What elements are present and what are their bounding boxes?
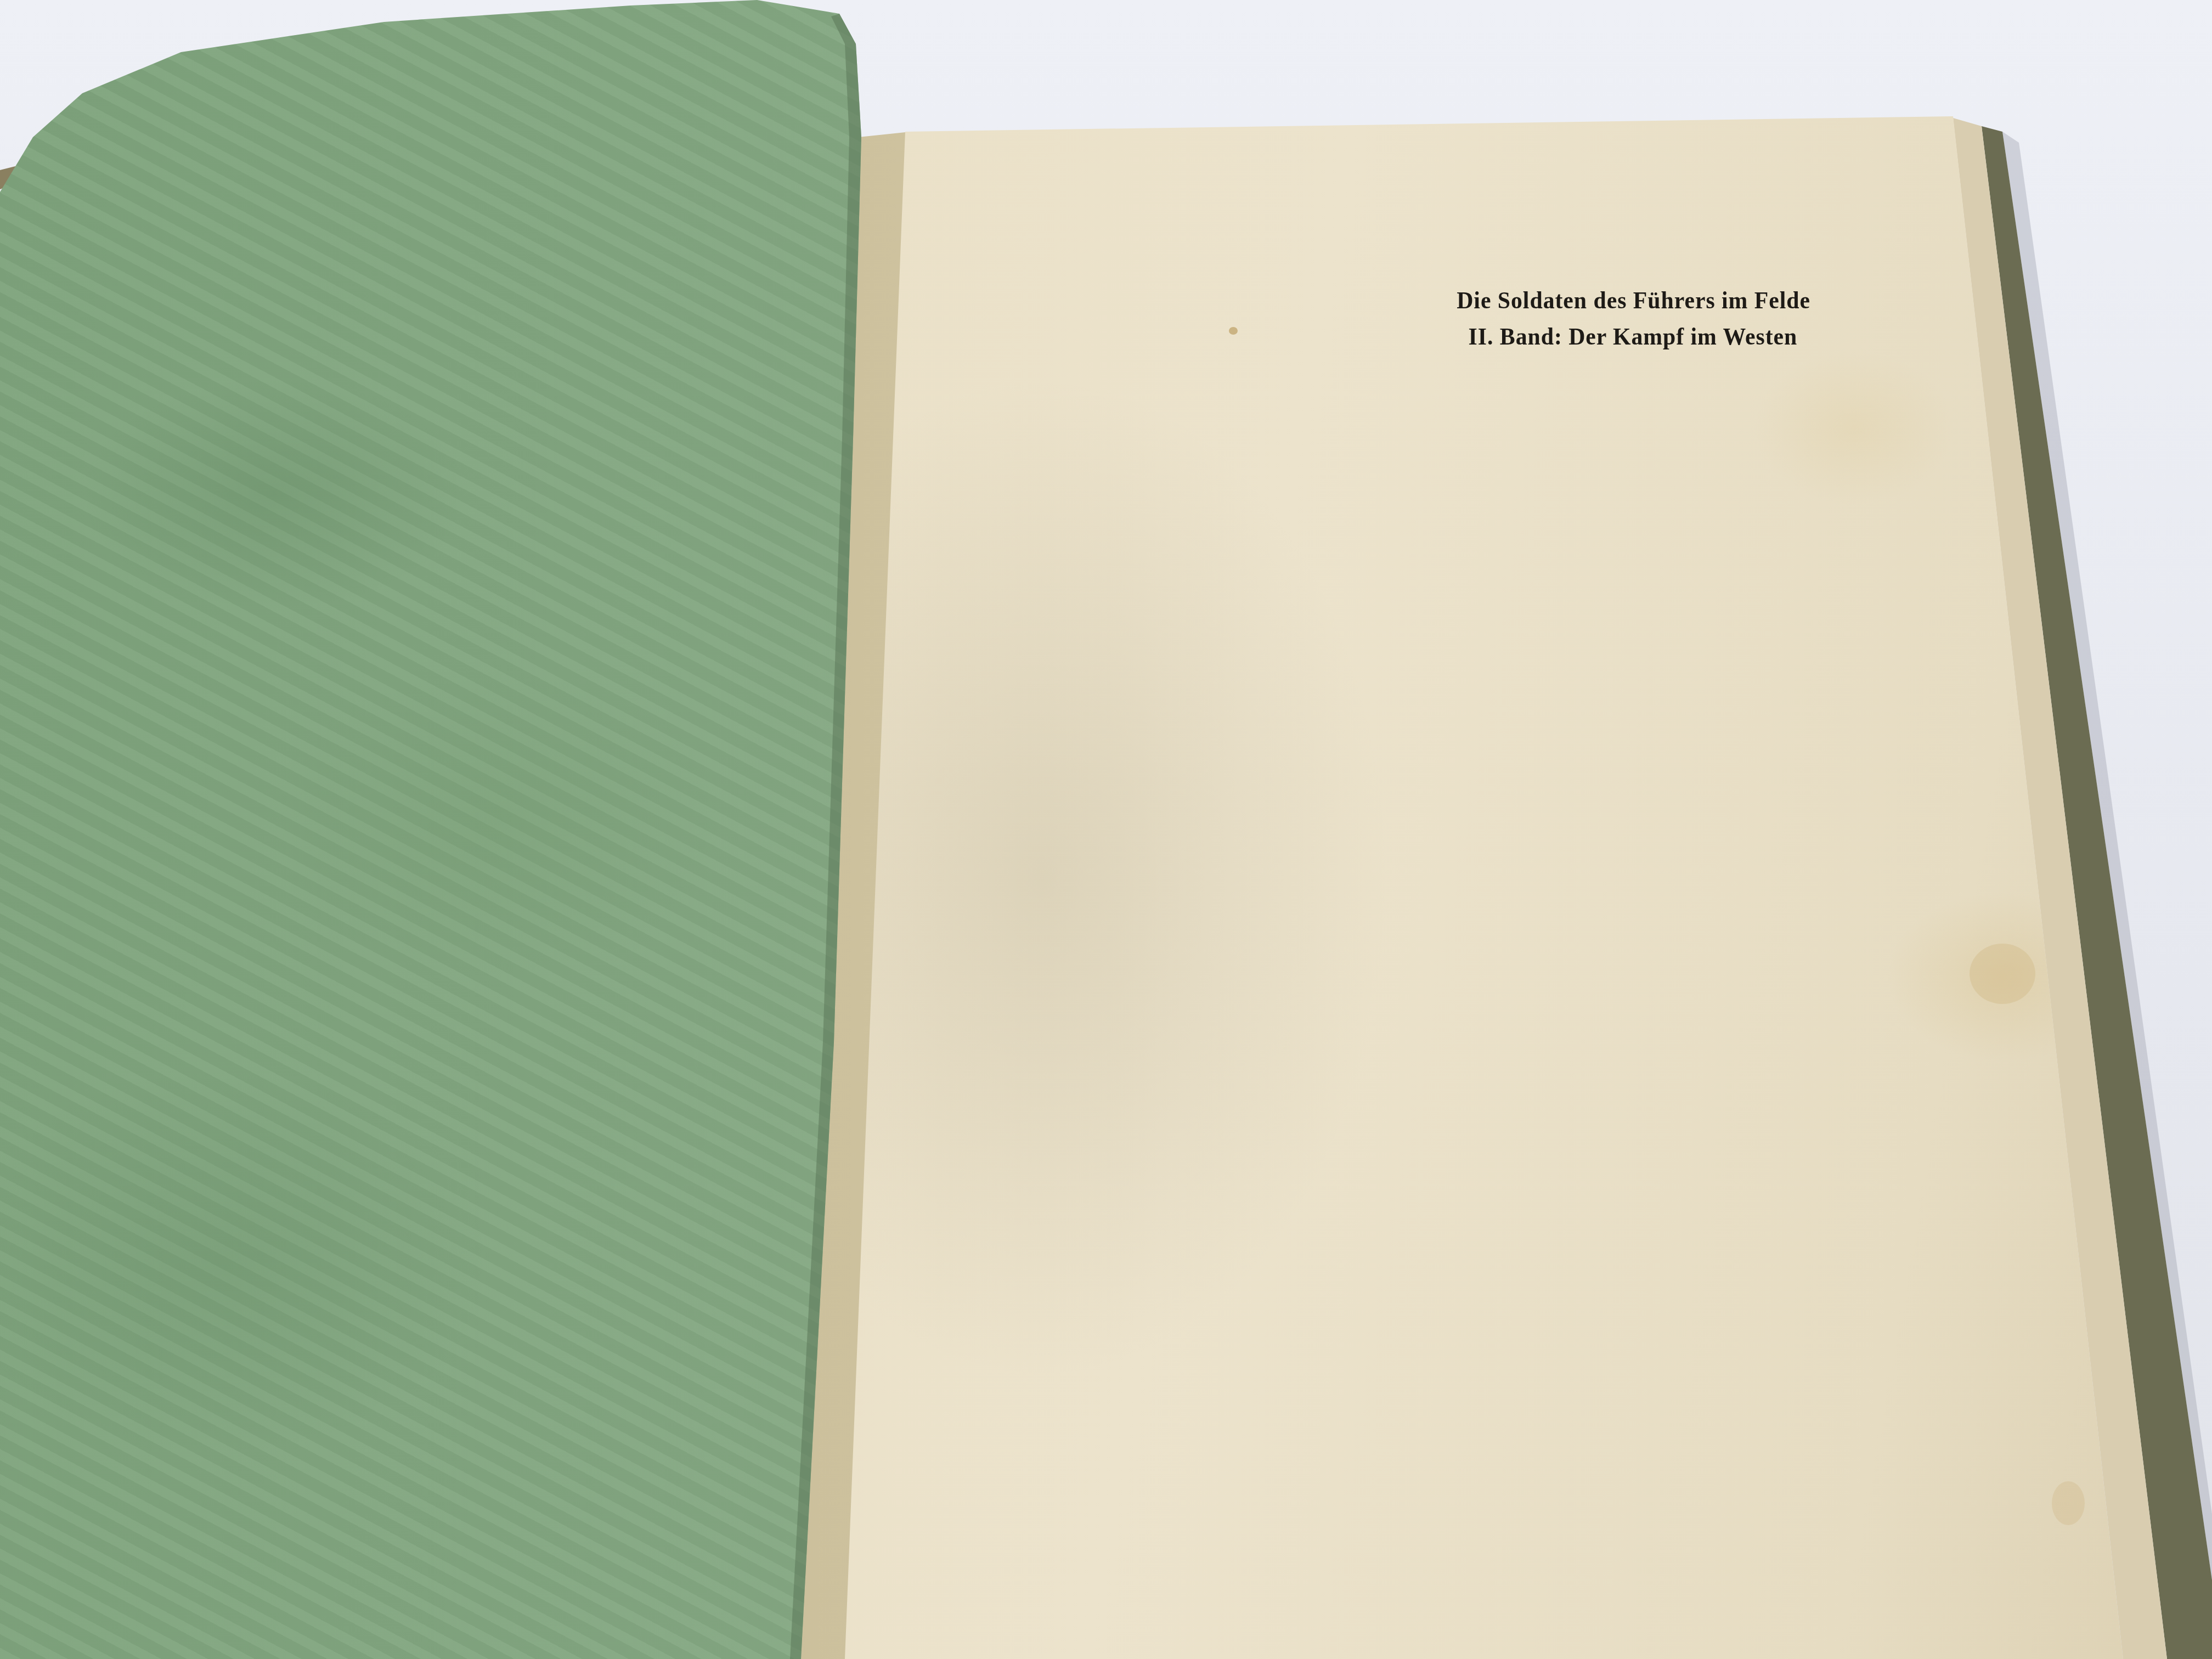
foxing-stain (1970, 944, 2035, 1004)
series-title: Die Soldaten des Führers im Felde (1331, 283, 1810, 319)
book-photo: Die Soldaten des Führers im Felde II. Ba… (0, 0, 2212, 1659)
foxing-stain (2052, 1481, 2085, 1525)
volume-title: II. Band: Der Kampf im Westen (1331, 319, 1810, 355)
title-block: Die Soldaten des Führers im Felde II. Ba… (1306, 283, 1810, 355)
foxing-spot (1229, 327, 1238, 335)
